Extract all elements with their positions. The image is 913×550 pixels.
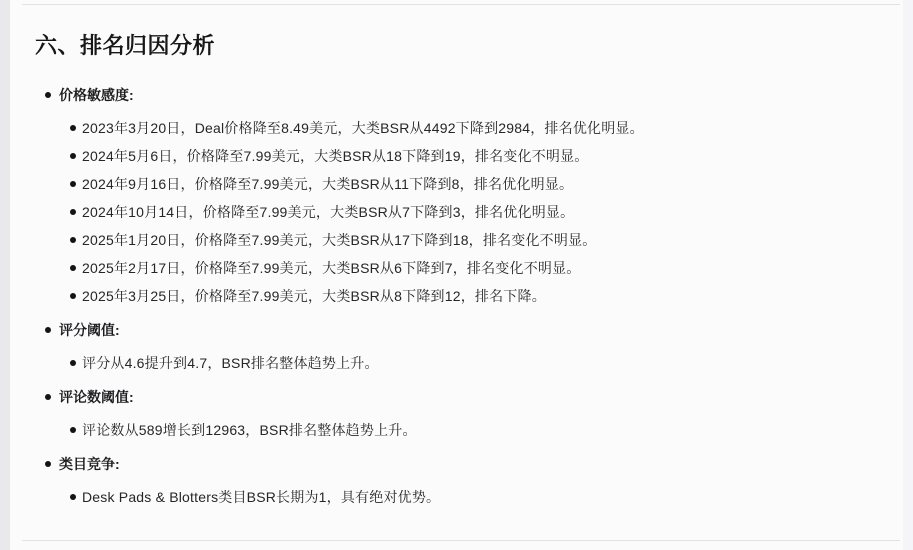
- bottom-divider: [22, 540, 900, 541]
- attribution-list: 价格敏感度: 2023年3月20日，Deal价格降至8.49美元，大类BSR从4…: [10, 85, 903, 507]
- category-label: 价格敏感度:: [59, 87, 134, 103]
- detail-text: 2023年3月20日，Deal价格降至8.49美元，大类BSR从4492下降到2…: [82, 118, 644, 138]
- report-page: 六、排名归因分析 价格敏感度: 2023年3月20日，Deal价格降至8.49美…: [0, 0, 913, 550]
- list-item-review-count-threshold: 评论数阈值: 评论数从589增长到12963，BSR排名整体趋势上升。: [45, 387, 903, 440]
- detail-text: 评论数从589增长到12963，BSR排名整体趋势上升。: [82, 420, 417, 440]
- detail-text: 2024年9月16日，价格降至7.99美元，大类BSR从11下降到8，排名优化明…: [82, 174, 573, 194]
- bullet-icon: [45, 461, 51, 467]
- bullet-icon: [70, 181, 76, 187]
- bullet-icon: [70, 494, 76, 500]
- detail-text: 2025年2月17日，价格降至7.99美元，大类BSR从6下降到7，排名变化不明…: [82, 258, 581, 278]
- bullet-icon: [70, 209, 76, 215]
- category-label: 评论数阈值:: [59, 389, 134, 405]
- list-item: 2025年3月25日，价格降至7.99美元，大类BSR从8下降到12，排名下降。: [70, 286, 644, 306]
- detail-text: 2024年5月6日，价格降至7.99美元，大类BSR从18下降到19，排名变化不…: [82, 146, 589, 166]
- detail-text: 2024年10月14日，价格降至7.99美元，大类BSR从7下降到3，排名优化明…: [82, 202, 574, 222]
- list-item-category-competition: 类目竞争: Desk Pads & Blotters类目BSR长期为1，具有绝对…: [45, 454, 903, 507]
- section-heading: 六、排名归因分析: [35, 33, 903, 59]
- category-competition-sublist: Desk Pads & Blotters类目BSR长期为1，具有绝对优势。: [59, 487, 440, 507]
- bullet-icon: [45, 394, 51, 400]
- bullet-icon: [70, 293, 76, 299]
- page-left-gutter: [0, 0, 10, 550]
- category-label: 类目竞争:: [59, 456, 120, 472]
- bullet-icon: [45, 327, 51, 333]
- detail-text: Desk Pads & Blotters类目BSR长期为1，具有绝对优势。: [82, 487, 440, 507]
- bullet-icon: [70, 153, 76, 159]
- report-content: 六、排名归因分析 价格敏感度: 2023年3月20日，Deal价格降至8.49美…: [10, 0, 903, 550]
- detail-text: 2025年3月25日，价格降至7.99美元，大类BSR从8下降到12，排名下降。: [82, 286, 546, 306]
- price-sensitivity-sublist: 2023年3月20日，Deal价格降至8.49美元，大类BSR从4492下降到2…: [59, 118, 644, 306]
- bullet-icon: [70, 237, 76, 243]
- category-label: 评分阈值:: [59, 322, 120, 338]
- list-item: 2024年10月14日，价格降至7.99美元，大类BSR从7下降到3，排名优化明…: [70, 202, 644, 222]
- list-item: 2024年5月6日，价格降至7.99美元，大类BSR从18下降到19，排名变化不…: [70, 146, 644, 166]
- top-divider: [22, 4, 900, 5]
- bullet-icon: [45, 92, 51, 98]
- list-item: 2025年1月20日，价格降至7.99美元，大类BSR从17下降到18，排名变化…: [70, 230, 644, 250]
- bullet-icon: [70, 360, 76, 366]
- detail-text: 2025年1月20日，价格降至7.99美元，大类BSR从17下降到18，排名变化…: [82, 230, 596, 250]
- list-item: 评论数从589增长到12963，BSR排名整体趋势上升。: [70, 420, 417, 440]
- bullet-icon: [70, 125, 76, 131]
- page-right-gutter: [903, 0, 913, 550]
- list-item: 评分从4.6提升到4.7，BSR排名整体趋势上升。: [70, 353, 379, 373]
- review-count-sublist: 评论数从589增长到12963，BSR排名整体趋势上升。: [59, 420, 417, 440]
- rating-threshold-sublist: 评分从4.6提升到4.7，BSR排名整体趋势上升。: [59, 353, 379, 373]
- list-item: 2023年3月20日，Deal价格降至8.49美元，大类BSR从4492下降到2…: [70, 118, 644, 138]
- list-item: Desk Pads & Blotters类目BSR长期为1，具有绝对优势。: [70, 487, 440, 507]
- detail-text: 评分从4.6提升到4.7，BSR排名整体趋势上升。: [82, 353, 379, 373]
- bullet-icon: [70, 265, 76, 271]
- list-item: 2024年9月16日，价格降至7.99美元，大类BSR从11下降到8，排名优化明…: [70, 174, 644, 194]
- list-item-rating-threshold: 评分阈值: 评分从4.6提升到4.7，BSR排名整体趋势上升。: [45, 320, 903, 373]
- list-item-price-sensitivity: 价格敏感度: 2023年3月20日，Deal价格降至8.49美元，大类BSR从4…: [45, 85, 903, 306]
- bullet-icon: [70, 427, 76, 433]
- list-item: 2025年2月17日，价格降至7.99美元，大类BSR从6下降到7，排名变化不明…: [70, 258, 644, 278]
